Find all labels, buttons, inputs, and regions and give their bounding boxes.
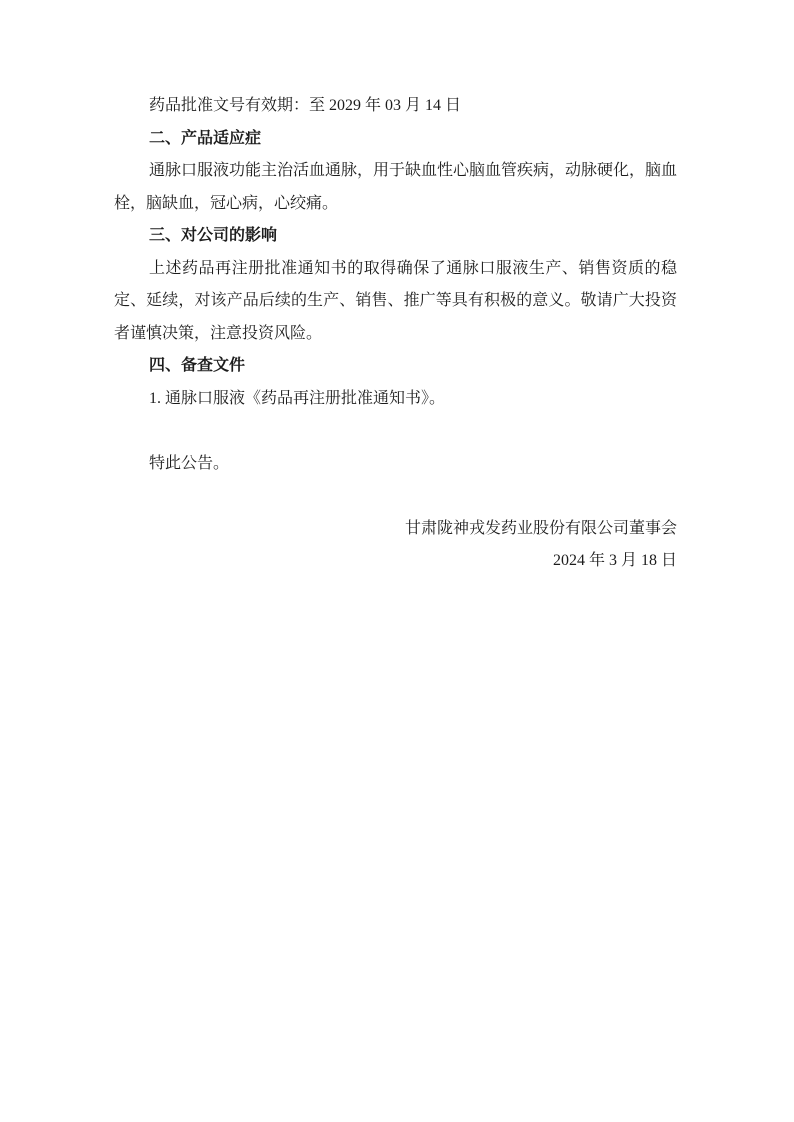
intro-line: 药品批准文号有效期：至 2029 年 03 月 14 日 [114,90,677,123]
reference-document-item: 1. 通脉口服液《药品再注册批准通知书》。 [114,383,677,416]
document-page: 药品批准文号有效期：至 2029 年 03 月 14 日 二、产品适应症 通脉口… [0,0,794,1122]
section-heading-company-impact: 三、对公司的影响 [114,220,677,253]
closing-line: 特此公告。 [114,448,677,481]
section-heading-product-indications: 二、产品适应症 [114,123,677,156]
section-paragraph-company-impact: 上述药品再注册批准通知书的取得确保了通脉口服液生产、销售资质的稳定、延续，对该产… [114,253,677,351]
signature-company: 甘肃陇神戎发药业股份有限公司董事会 [114,513,677,546]
signature-date: 2024 年 3 月 18 日 [114,545,677,578]
blank-line [114,480,677,513]
section-heading-reference-documents: 四、备查文件 [114,350,677,383]
section-paragraph-product-indications: 通脉口服液功能主治活血通脉，用于缺血性心脑血管疾病，动脉硬化，脑血栓，脑缺血，冠… [114,155,677,220]
blank-line [114,415,677,448]
document-body: 药品批准文号有效期：至 2029 年 03 月 14 日 二、产品适应症 通脉口… [114,90,677,578]
